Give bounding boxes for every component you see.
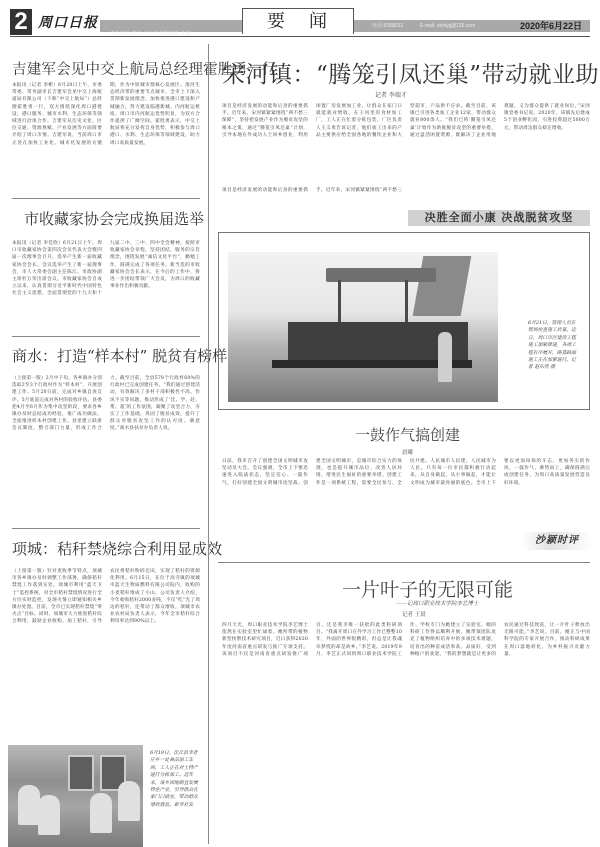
byline: 记者 王晨 xyxy=(402,610,426,618)
slogan-banner: 决胜全面小康 决战脱贫攻坚 xyxy=(408,210,590,226)
photo-caption: 6月21日，管理人员在现场检查施工质量。近日，周口市区建设工程施工加紧推进，各项… xyxy=(528,320,578,372)
masthead-rule xyxy=(10,36,590,37)
divider xyxy=(218,562,590,563)
article-title: 一片叶子的无限可能 xyxy=(342,575,513,602)
byline: 晨曦 xyxy=(402,448,413,456)
article-body: 本报讯（记者 李彬）6月20日上午，市委常委、常务副市长吉建军会见中交上海航道局… xyxy=(12,82,200,192)
divider xyxy=(12,336,200,337)
divider xyxy=(12,198,200,199)
article-body: 本报讯（记者 李佳欣）6月21日上午，周口市收藏家协会第四次会员代表大会暨四届一… xyxy=(12,240,200,322)
paper-name-logo: 周口日报 xyxy=(38,12,98,32)
email-info: E-mail: zkrbyjj@126.com xyxy=(420,20,475,32)
info-bar: 电话 8399033 E-mail: zkrbyjj@126.com 2020年… xyxy=(354,20,590,32)
article-title: 商水：打造“样本村” 脱贫有榜样 xyxy=(12,345,227,366)
page-number: 2 xyxy=(10,9,32,35)
lead-headline: 宋河镇：“腾笼引凤还巢”带动就业助力脱贫 xyxy=(222,56,600,89)
divider xyxy=(12,528,200,529)
article-subtitle: ——记周口职业技术学院李艺博士 xyxy=(396,599,479,607)
article-body: （上接第一版）2月中下旬，各乡镇办分别选取2至3个行政村作为“样本村”，开展创建… xyxy=(12,375,200,515)
byline: 记者 李瑞才 xyxy=(375,90,407,99)
masthead: 2 周口日报 责任编辑 郭东 卢红光 组版编辑 李丽 要闻 电话 8399033… xyxy=(0,0,600,40)
column-divider xyxy=(208,44,209,844)
article-body: 四月天光，周口职业技术学院李艺博士依然在实验室里忙碌着。她所带的植物新型快繁技术… xyxy=(222,622,590,844)
article-title: 市收藏家协会完成换届选举 xyxy=(24,208,204,229)
article-body-continued: 项目是经济发展的动能和后劲的重要抓手。近年来，宋河镇紧紧围绕“两不愁三保障”，坚… xyxy=(222,187,402,201)
article-body: （上接第一版）针对麦收季节特点，项城市各乡镇办及时调整工作部署，确保秸秆禁烧工作… xyxy=(12,568,200,720)
article-title: 一鼓作气搞创建 xyxy=(355,424,460,445)
column-stamp-logo: 沙颍时评 xyxy=(522,532,592,550)
section-title: 要闻 xyxy=(242,8,354,34)
article-title: 项城：秸秆禁烧综合利用显成效 xyxy=(12,538,222,559)
issue-date: 2020年6月22日 xyxy=(520,20,582,32)
article-body: 项目是经济发展的动能和后劲的重要抓手。近年来，宋河镇紧紧围绕“两不愁三保障”，坚… xyxy=(222,103,590,187)
phone-info: 电话 8399033 xyxy=(372,20,403,32)
editor-bar: 责任编辑 郭东 卢红光 组版编辑 李丽 xyxy=(100,20,242,32)
news-photo-food-processing xyxy=(8,745,143,847)
news-photo-road-paver xyxy=(228,252,498,402)
photo-caption: 6月19日，沈丘县李老庄乡一处食品加工车间，工人正在对土特产进行分拣加工。近年来… xyxy=(150,750,202,809)
